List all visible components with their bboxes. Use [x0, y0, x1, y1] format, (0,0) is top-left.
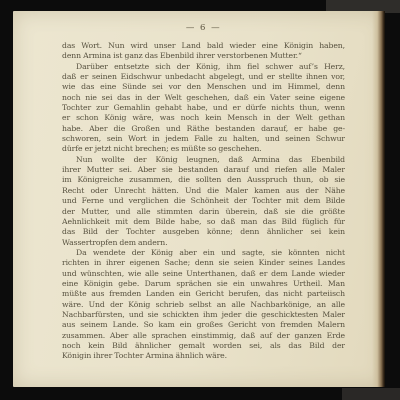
text-line: denn Armina ist ganz das Ebenbild ihrer …	[62, 51, 345, 61]
text-line: und wünschten, wie alle seine Unterthane…	[62, 269, 345, 279]
text-line: noch kein Bild ähnlicher gemalt worden s…	[62, 341, 345, 351]
text-line: aus seinem Lande. So kam ein großes Geri…	[62, 320, 345, 330]
text-line: er schon König wäre, was noch kein Mensc…	[62, 113, 345, 123]
text-line: wie das eine Sünde sei vor den Menschen …	[62, 82, 345, 92]
text-line: ihrer Mutter sei. Aber sie bestanden dar…	[62, 165, 345, 175]
background-patch-bottom-right	[342, 388, 400, 400]
text-line: Wassertropfen dem andern.	[62, 238, 345, 248]
text-line: Königin ihrer Tochter Armina ähnlich wär…	[62, 351, 345, 361]
text-line: Da wendete der König aber ein und sagte,…	[62, 248, 345, 258]
text-line: Darüber entsetzte sich der König, ihm fi…	[62, 62, 345, 72]
text-line: eine Königin gebe. Darum sprächen sie ei…	[62, 279, 345, 289]
text-line: das Wort. Nun wird unser Land bald wiede…	[62, 41, 345, 51]
text-line: dürfe er jetzt nicht brechen; es müßte s…	[62, 144, 345, 154]
page-number-header: — 6 —	[62, 23, 345, 33]
text-line: Tochter zur Gemahlin gehabt habe, und er…	[62, 103, 345, 113]
text-line: müßte aus fremden Landen ein Gericht ber…	[62, 289, 345, 299]
text-line: zusammen. Aber alle sprachen einstimmig,…	[62, 331, 345, 341]
text-line: Aehnlichkeit mit dem Bilde habe, so daß …	[62, 217, 345, 227]
text-line: im Königreiche zusammen, die sollten den…	[62, 175, 345, 185]
text-line: schworen, sein Wort in jedem Falle zu ha…	[62, 134, 345, 144]
text-line: das Bild der Tochter ausgeben könne; den…	[62, 227, 345, 237]
scan-background: — 6 — das Wort. Nun wird unser Land bald…	[0, 0, 400, 400]
text-line: daß er seinen Eidschwur unbedacht abgele…	[62, 72, 345, 82]
text-line: Nun wollte der König leugnen, daß Armina…	[62, 155, 345, 165]
text-line: der Mutter, und alle stimmten darin über…	[62, 207, 345, 217]
text-line: richten in ihrer eigenen Sache; denn sie…	[62, 258, 345, 268]
text-line: Recht oder Unrecht hätten. Und die Maler…	[62, 186, 345, 196]
text-block: das Wort. Nun wird unser Land bald wiede…	[62, 41, 345, 362]
book-page: — 6 — das Wort. Nun wird unser Land bald…	[13, 11, 385, 387]
text-line: wäre. Und der König schrieb selbst an al…	[62, 300, 345, 310]
text-line: habe. Aber die Großen und Räthe bestande…	[62, 124, 345, 134]
text-line: Nachbarfürsten, und sie schickten ihm je…	[62, 310, 345, 320]
text-line: und Ferne und verglichen die Schönheit d…	[62, 196, 345, 206]
page-fore-edge-shadow	[372, 11, 385, 387]
text-line: noch nie sei das in der Welt geschehen, …	[62, 93, 345, 103]
